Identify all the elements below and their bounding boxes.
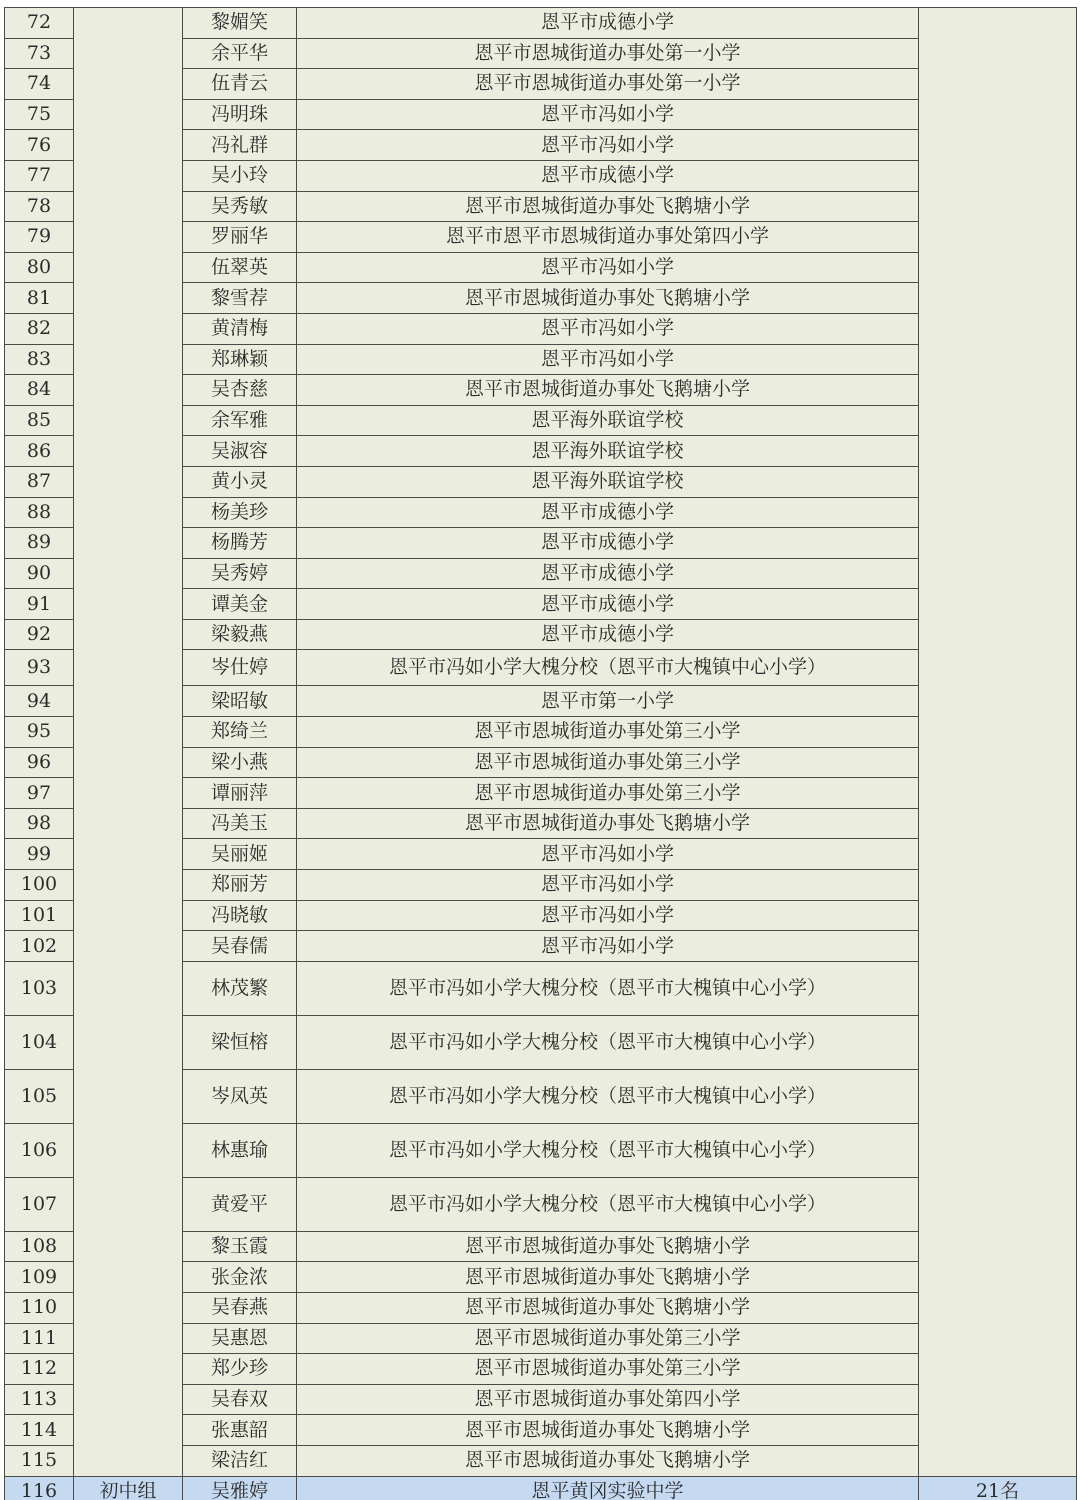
name-cell: 梁恒榕 [183,1015,297,1069]
group-cell: 初中组 [74,1476,183,1500]
name-cell: 林茂繁 [183,961,297,1015]
name-cell: 吴惠恩 [183,1323,297,1354]
row-number-cell: 89 [5,528,74,559]
quota-cell: 21名 [919,1476,1077,1500]
name-cell: 余平华 [183,38,297,69]
name-cell: 郑少珍 [183,1354,297,1385]
name-cell: 吴春儒 [183,931,297,962]
name-cell: 冯美玉 [183,808,297,839]
row-number-cell: 114 [5,1415,74,1446]
row-number-cell: 111 [5,1323,74,1354]
name-cell: 吴丽姬 [183,839,297,870]
school-cell: 恩平市成德小学 [297,160,919,191]
name-cell: 吴雅婷 [183,1476,297,1500]
row-number-cell: 112 [5,1354,74,1385]
name-cell: 冯礼群 [183,130,297,161]
name-cell: 黄爱平 [183,1177,297,1231]
name-cell: 黎雪荐 [183,283,297,314]
table-row: 72黎媚笑恩平市成德小学 [5,8,1077,39]
row-number-cell: 90 [5,558,74,589]
row-number-cell: 80 [5,252,74,283]
school-cell: 恩平市恩城街道办事处第一小学 [297,38,919,69]
name-cell: 杨美珍 [183,497,297,528]
school-cell: 恩平市冯如小学大槐分校（恩平市大槐镇中心小学） [297,650,919,686]
school-cell: 恩平市恩城街道办事处第四小学 [297,1384,919,1415]
school-cell: 恩平市恩城街道办事处飞鹅塘小学 [297,1262,919,1293]
school-cell: 恩平市恩城街道办事处第三小学 [297,778,919,809]
school-cell: 恩平市冯如小学大槐分校（恩平市大槐镇中心小学） [297,1177,919,1231]
row-number-cell: 83 [5,344,74,375]
school-cell: 恩平市冯如小学 [297,130,919,161]
row-number-cell: 107 [5,1177,74,1231]
row-number-cell: 79 [5,222,74,253]
school-cell: 恩平市冯如小学 [297,99,919,130]
name-cell: 岑凤英 [183,1069,297,1123]
row-number-cell: 105 [5,1069,74,1123]
row-number-cell: 103 [5,961,74,1015]
name-cell: 张金浓 [183,1262,297,1293]
name-cell: 黎玉霞 [183,1231,297,1262]
name-cell: 吴小玲 [183,160,297,191]
row-number-cell: 86 [5,436,74,467]
school-cell: 恩平市成德小学 [297,619,919,650]
row-number-cell: 106 [5,1123,74,1177]
award-list-table: 72黎媚笑恩平市成德小学73余平华恩平市恩城街道办事处第一小学74伍青云恩平市恩… [4,7,1077,1500]
school-cell: 恩平市恩城街道办事处飞鹅塘小学 [297,1445,919,1476]
school-cell: 恩平市冯如小学 [297,252,919,283]
row-number-cell: 78 [5,191,74,222]
name-cell: 吴淑容 [183,436,297,467]
name-cell: 黄小灵 [183,466,297,497]
school-cell: 恩平市恩城街道办事处飞鹅塘小学 [297,1231,919,1262]
row-number-cell: 110 [5,1293,74,1324]
row-number-cell: 87 [5,466,74,497]
group-cell-merged [74,8,183,1477]
school-cell: 恩平市恩城街道办事处飞鹅塘小学 [297,1293,919,1324]
name-cell: 梁毅燕 [183,619,297,650]
row-number-cell: 94 [5,686,74,717]
school-cell: 恩平市冯如小学 [297,313,919,344]
row-number-cell: 75 [5,99,74,130]
school-cell: 恩平市冯如小学大槐分校（恩平市大槐镇中心小学） [297,961,919,1015]
name-cell: 林惠瑜 [183,1123,297,1177]
school-cell: 恩平海外联谊学校 [297,405,919,436]
school-cell: 恩平市成德小学 [297,558,919,589]
school-cell: 恩平市成德小学 [297,528,919,559]
row-number-cell: 85 [5,405,74,436]
name-cell: 谭丽萍 [183,778,297,809]
school-cell: 恩平市冯如小学 [297,931,919,962]
school-cell: 恩平市恩城街道办事处第三小学 [297,1323,919,1354]
name-cell: 吴春双 [183,1384,297,1415]
name-cell: 梁昭敏 [183,686,297,717]
school-cell: 恩平市恩城街道办事处第三小学 [297,717,919,748]
name-cell: 伍翠英 [183,252,297,283]
row-number-cell: 108 [5,1231,74,1262]
school-cell: 恩平市冯如小学 [297,900,919,931]
row-number-cell: 81 [5,283,74,314]
name-cell: 杨腾芳 [183,528,297,559]
row-number-cell: 77 [5,160,74,191]
name-cell: 郑丽芳 [183,870,297,901]
name-cell: 吴秀婷 [183,558,297,589]
row-number-cell: 104 [5,1015,74,1069]
row-number-cell: 73 [5,38,74,69]
name-cell: 吴秀敏 [183,191,297,222]
school-cell: 恩平市恩平市恩城街道办事处第四小学 [297,222,919,253]
row-number-cell: 100 [5,870,74,901]
row-number-cell: 99 [5,839,74,870]
row-number-cell: 109 [5,1262,74,1293]
school-cell: 恩平市恩城街道办事处飞鹅塘小学 [297,191,919,222]
row-number-cell: 115 [5,1445,74,1476]
name-cell: 岑仕婷 [183,650,297,686]
school-cell: 恩平市成德小学 [297,497,919,528]
row-number-cell: 98 [5,808,74,839]
row-number-cell: 101 [5,900,74,931]
school-cell: 恩平市第一小学 [297,686,919,717]
name-cell: 郑琳颖 [183,344,297,375]
row-number-cell: 116 [5,1476,74,1500]
school-cell: 恩平市恩城街道办事处飞鹅塘小学 [297,808,919,839]
school-cell: 恩平市冯如小学 [297,839,919,870]
row-number-cell: 93 [5,650,74,686]
name-cell: 吴杏慈 [183,375,297,406]
row-number-cell: 95 [5,717,74,748]
name-cell: 冯明珠 [183,99,297,130]
school-cell: 恩平市恩城街道办事处飞鹅塘小学 [297,375,919,406]
name-cell: 吴春燕 [183,1293,297,1324]
school-cell: 恩平市冯如小学 [297,870,919,901]
row-number-cell: 96 [5,747,74,778]
school-cell: 恩平市冯如小学大槐分校（恩平市大槐镇中心小学） [297,1015,919,1069]
row-number-cell: 76 [5,130,74,161]
name-cell: 罗丽华 [183,222,297,253]
name-cell: 谭美金 [183,589,297,620]
name-cell: 伍青云 [183,69,297,100]
quota-cell-merged [919,8,1077,1477]
table-row-highlight: 116初中组吴雅婷恩平黄冈实验中学21名 [5,1476,1077,1500]
school-cell: 恩平市恩城街道办事处第一小学 [297,69,919,100]
table-body: 72黎媚笑恩平市成德小学73余平华恩平市恩城街道办事处第一小学74伍青云恩平市恩… [5,8,1077,1500]
school-cell: 恩平市冯如小学大槐分校（恩平市大槐镇中心小学） [297,1123,919,1177]
row-number-cell: 84 [5,375,74,406]
school-cell: 恩平市恩城街道办事处飞鹅塘小学 [297,283,919,314]
row-number-cell: 72 [5,8,74,39]
school-cell: 恩平市冯如小学 [297,344,919,375]
row-number-cell: 97 [5,778,74,809]
school-cell: 恩平海外联谊学校 [297,436,919,467]
name-cell: 梁洁红 [183,1445,297,1476]
row-number-cell: 92 [5,619,74,650]
school-cell: 恩平市恩城街道办事处飞鹅塘小学 [297,1415,919,1446]
name-cell: 冯晓敏 [183,900,297,931]
school-cell: 恩平海外联谊学校 [297,466,919,497]
name-cell: 余军雅 [183,405,297,436]
row-number-cell: 82 [5,313,74,344]
row-number-cell: 102 [5,931,74,962]
name-cell: 黄清梅 [183,313,297,344]
school-cell: 恩平市冯如小学大槐分校（恩平市大槐镇中心小学） [297,1069,919,1123]
name-cell: 梁小燕 [183,747,297,778]
name-cell: 张惠韶 [183,1415,297,1446]
row-number-cell: 113 [5,1384,74,1415]
row-number-cell: 74 [5,69,74,100]
school-cell: 恩平市恩城街道办事处第三小学 [297,1354,919,1385]
row-number-cell: 91 [5,589,74,620]
row-number-cell: 88 [5,497,74,528]
name-cell: 黎媚笑 [183,8,297,39]
school-cell: 恩平市成德小学 [297,8,919,39]
name-cell: 郑绮兰 [183,717,297,748]
school-cell: 恩平黄冈实验中学 [297,1476,919,1500]
school-cell: 恩平市成德小学 [297,589,919,620]
school-cell: 恩平市恩城街道办事处第三小学 [297,747,919,778]
